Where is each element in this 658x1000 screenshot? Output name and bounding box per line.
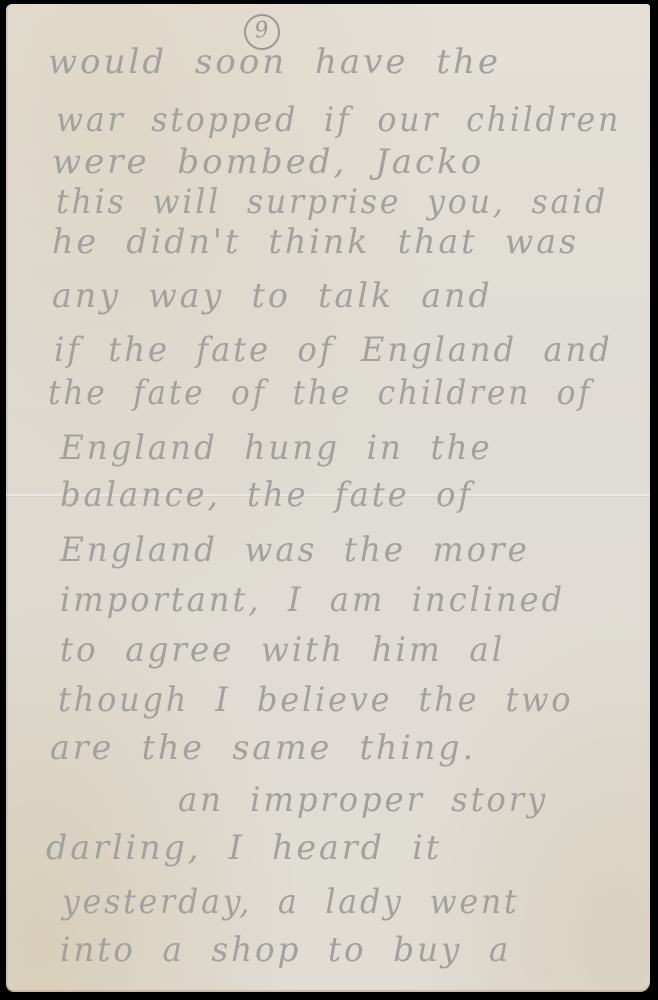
handwritten-line: if the fate of England and [54, 330, 613, 370]
handwritten-line: to agree with him al [60, 630, 505, 670]
handwritten-line: into a shop to buy a [60, 930, 511, 970]
letter-page: 9 would soon have the war stopped if our… [6, 4, 650, 992]
handwritten-line: balance, the fate of [60, 475, 473, 515]
handwritten-line: he didn't think that was [52, 222, 579, 262]
handwritten-line: darling, I heard it [46, 828, 442, 868]
handwritten-line: the fate of the children of [48, 373, 593, 413]
handwritten-line: were bombed, Jacko [52, 142, 484, 182]
handwritten-line: yesterday, a lady went [62, 882, 520, 922]
handwritten-line: any way to talk and [52, 276, 493, 316]
handwritten-line-indented: an improper story [178, 780, 548, 820]
handwritten-line: would soon have the [48, 42, 501, 82]
handwritten-line: war stopped if our children [56, 100, 621, 140]
handwritten-line: this will surprise you, said [56, 182, 608, 222]
handwritten-line: though I believe the two [58, 680, 573, 720]
handwritten-line: England hung in the [60, 428, 493, 468]
handwritten-line: are the same thing. [50, 728, 476, 768]
handwritten-line: England was the more [60, 530, 530, 570]
handwritten-line: important, I am inclined [60, 580, 565, 620]
